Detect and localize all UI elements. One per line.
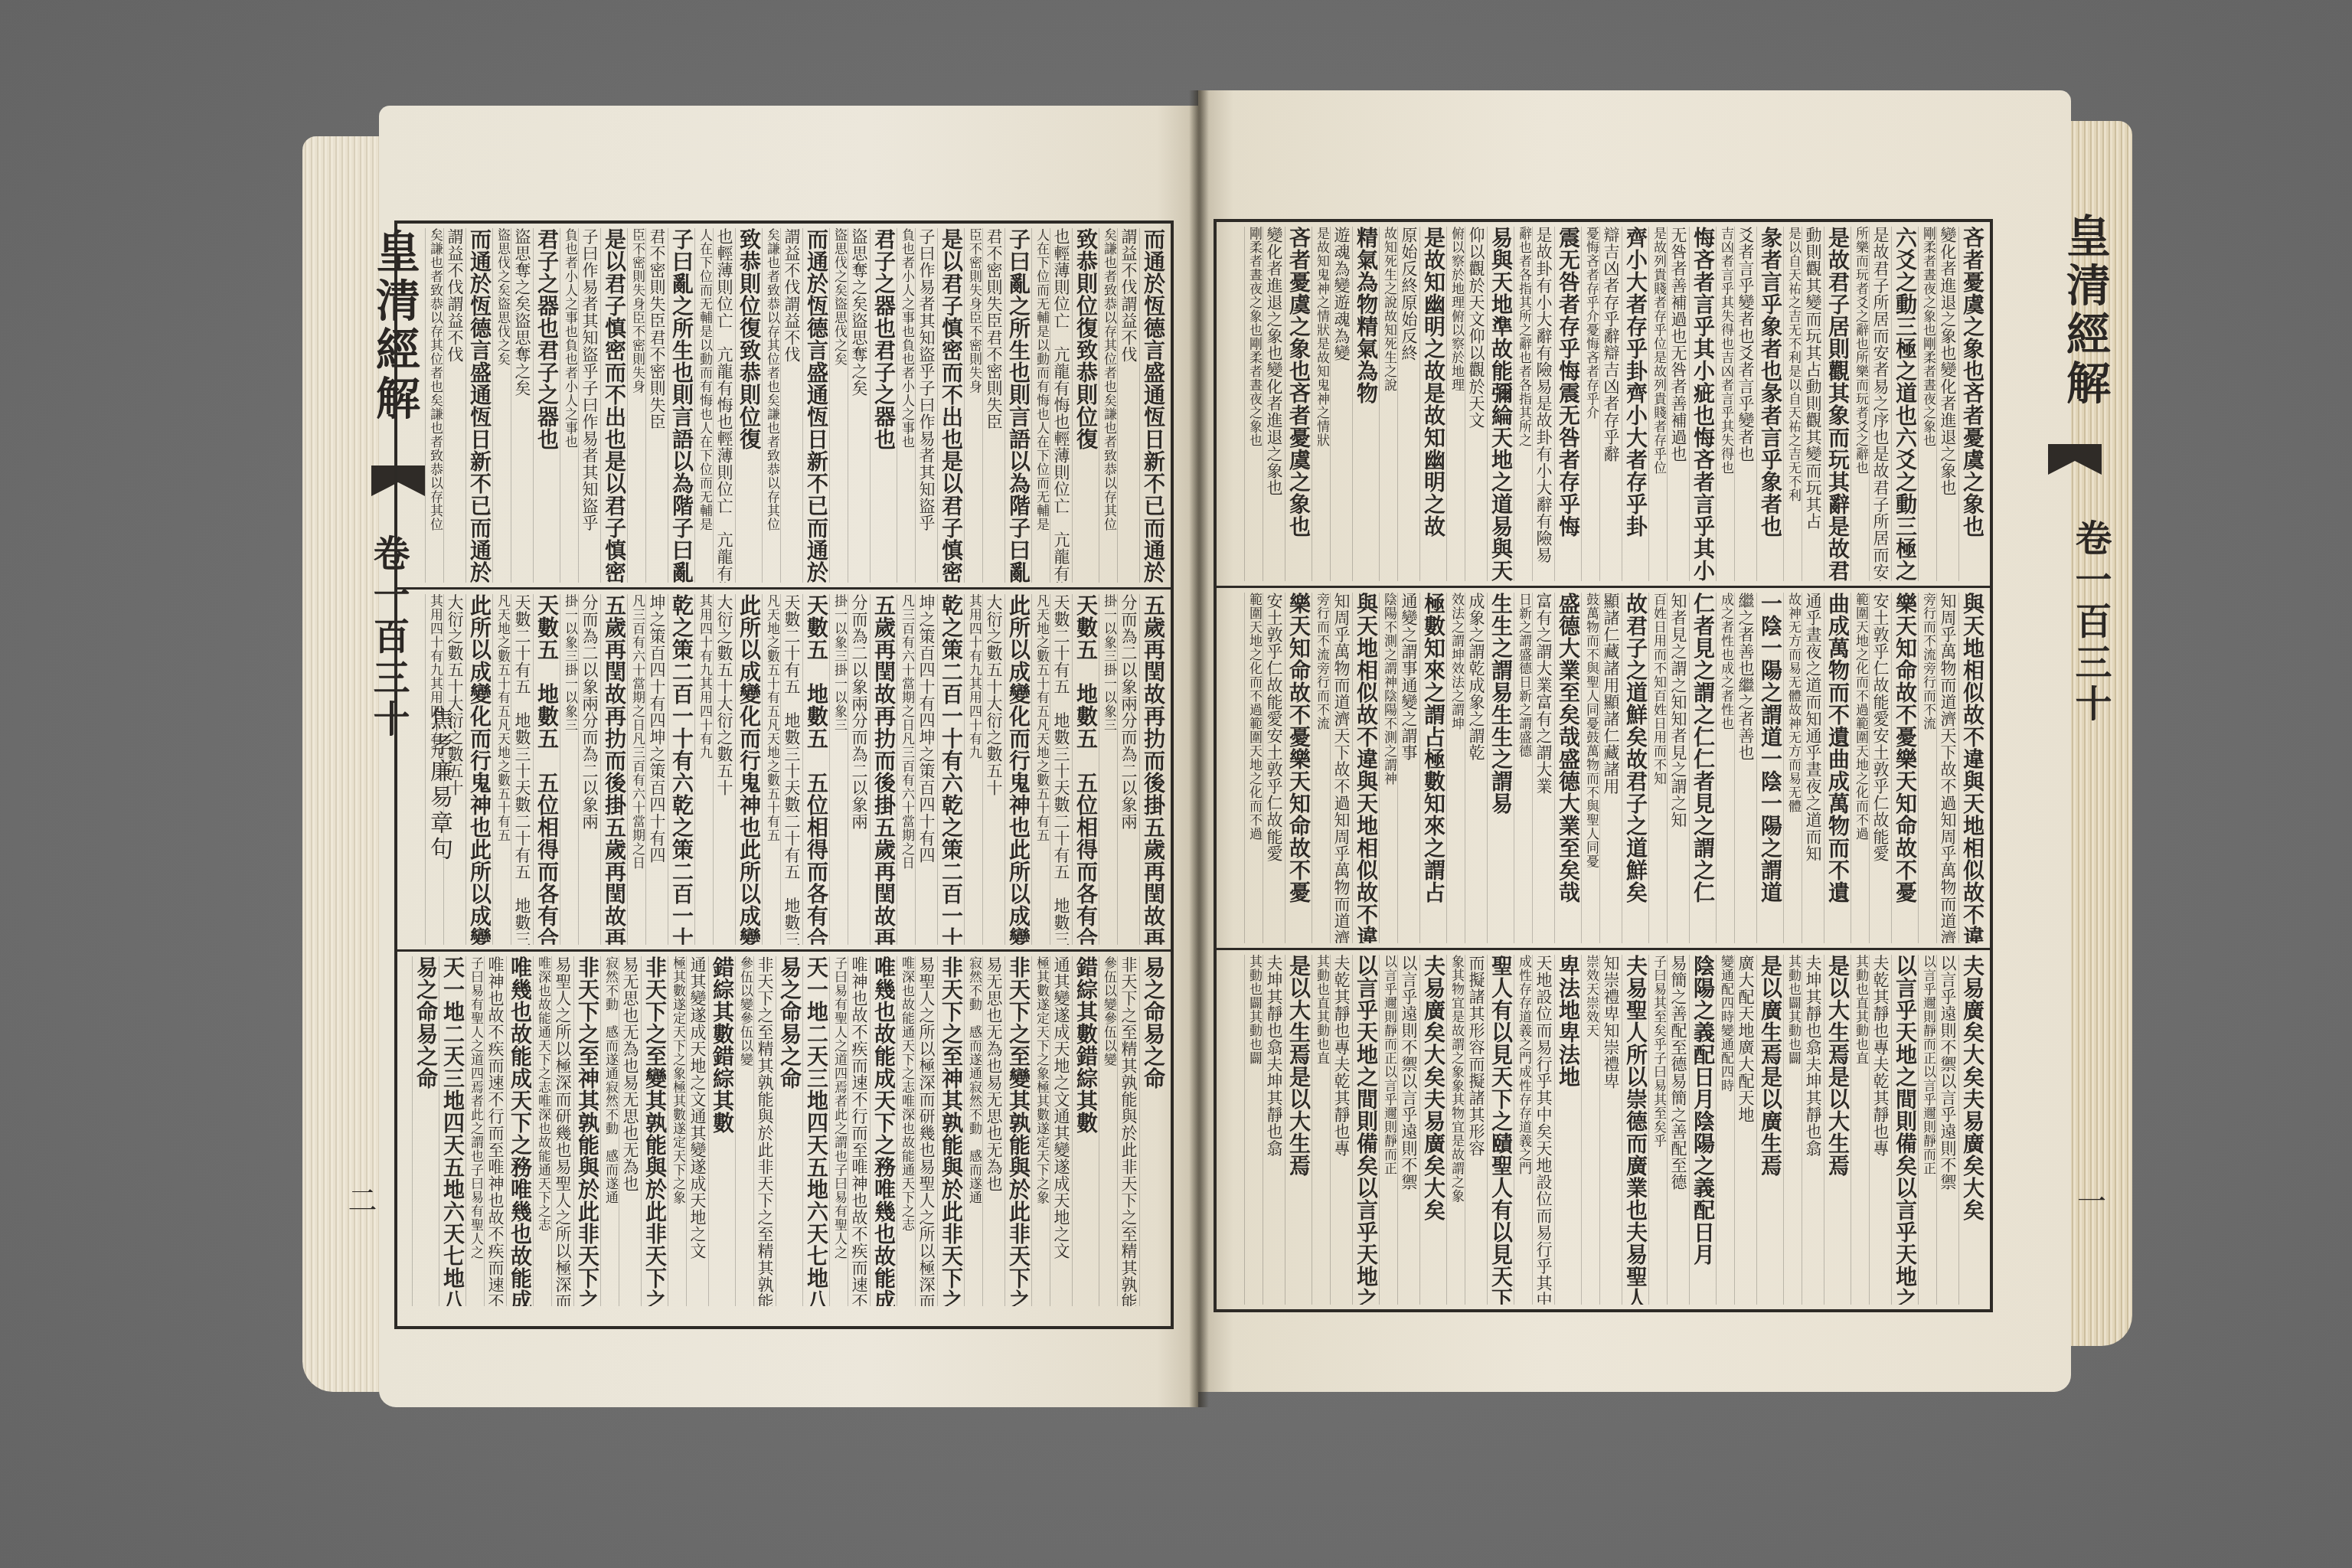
text-column: 大衍之數五十大衍之數五十 (713, 594, 735, 945)
text-column: 凡三百有六十當期之日凡三百有六十當期之日 (627, 594, 645, 945)
text-column: 非天下之至變其孰能與於此非天下之至變其孰能與 (641, 956, 668, 1306)
text-column: 矣謙也者致恭以存其位者也矣謙也者致恭以存其位 (425, 228, 443, 583)
text-column: 其用四十有九其用四十有九 (964, 594, 982, 945)
text-column: 天數二十有五 地數三十天數二十有五 地數三十 (1050, 594, 1072, 945)
text-column: 其動也闢其動也闢 (1244, 955, 1263, 1305)
text-columns: 而通於恆德言盛通恆日新不已而通於恆德言盛通恆謂益不伐謂益不伐矣謙也者致恭以存其位… (402, 228, 1166, 583)
text-column: 盜思奪之矣盜思奪之矣 (848, 228, 870, 583)
text-column: 吉凶者言乎其失得也吉凶者言乎其失得也 (1716, 227, 1734, 581)
text-column: 非天下之至神其孰能與於此非天下之至神其孰能與 (937, 956, 964, 1306)
text-column: 致恭則位復致恭則位復 (735, 228, 762, 583)
text-column: 極其數遂定天下之象極其數遂定天下之象 (668, 956, 686, 1306)
text-column: 掛一以象三掛一以象三 (1099, 594, 1117, 945)
text-column: 夫坤其靜也翕夫坤其靜也翕 (1263, 955, 1285, 1305)
text-column: 易聖人之所以極深而研幾也易聖人之所以極深而研 (915, 956, 937, 1306)
text-column: 以言乎天地之間則備矣以言乎天地之間則備矣 (1891, 955, 1918, 1305)
text-column: 是故君子所居而安者易之序也是故君子所居而安者 (1869, 227, 1891, 581)
text-column: 知周乎萬物而道濟天下故不過知周乎萬物而道濟天 (1936, 593, 1958, 943)
text-column: 憂悔吝者存乎介憂悔吝者存乎介 (1581, 227, 1599, 581)
text-columns: 吝者憂虞之象也吝者憂虞之象也變化者進退之象也變化者進退之象也剛柔者晝夜之象也剛柔… (1221, 227, 1985, 581)
text-column: 子曰易其至矣乎子曰易其至矣乎 (1648, 955, 1667, 1305)
text-column: 臣不密則失身臣不密則失身 (964, 228, 982, 583)
text-column: 知者見之謂之知知者見之謂之知 (1667, 593, 1689, 943)
text-column: 辯吉凶者存乎辭辯吉凶者存乎辭 (1599, 227, 1622, 581)
text-column: 變化者進退之象也變化者進退之象也 (1936, 227, 1958, 581)
text-column: 顯諸仁藏諸用顯諸仁藏諸用 (1599, 593, 1622, 943)
text-column: 範圍天地之化而不過範圍天地之化而不過 (1244, 593, 1263, 943)
text-column: 以言乎邇則靜而正以言乎邇則靜而正 (1918, 955, 1936, 1305)
text-column: 五歲再閏故再扐而後掛五歲再閏故再扐而後掛 (870, 594, 897, 945)
text-column: 子曰亂之所生也則言語以為階子曰亂之所生也則言 (668, 228, 694, 583)
text-column: 是故知幽明之故是故知幽明之故 (1419, 227, 1446, 581)
text-column: 乾之策二百一十有六乾之策二百一十有六 (937, 594, 964, 945)
register-middle: 與天地相似故不違與天地相似故不違知周乎萬物而道濟天下故不過知周乎萬物而道濟天旁行… (1217, 588, 1990, 950)
text-column: 震无咎者存乎悔震无咎者存乎悔 (1554, 227, 1581, 581)
text-column: 君子之器也君子之器也 (870, 228, 897, 583)
text-column: 唯神也故不疾而速不行而至唯神也故不疾而速不行 (848, 956, 870, 1306)
text-column: 分而為二以象兩分而為二以象兩 (1117, 594, 1139, 945)
text-column: 五歲再閏故再扐而後掛五歲再閏故再扐而後掛 (1139, 594, 1166, 945)
right-volume-label: 卷一百三十 (2064, 519, 2117, 726)
text-column: 唯深也故能通天下之志唯深也故能通天下之志 (533, 956, 551, 1306)
text-column: 以言乎遠則不禦以言乎遠則不禦 (1397, 955, 1419, 1305)
text-column: 俯以察於地理俯以察於地理 (1446, 227, 1465, 581)
text-column: 子曰作易者其知盜乎子曰作易者其知盜乎 (915, 228, 937, 583)
text-columns: 夫易廣矣大矣夫易廣矣大矣以言乎遠則不禦以言乎遠則不禦以言乎邇則靜而正以言乎邇則靜… (1221, 955, 1985, 1305)
text-column: 是以大生焉是以大生焉 (1285, 955, 1312, 1305)
text-column: 陰陽不測之謂神陰陽不測之謂神 (1379, 593, 1397, 943)
text-column: 是故列貴賤者存乎位是故列貴賤者存乎位 (1648, 227, 1667, 581)
text-column: 分而為二以象兩分而為二以象兩 (578, 594, 600, 945)
text-column: 極數知來之謂占極數知來之謂占 (1419, 593, 1446, 943)
text-column: 掛一以象三掛一以象三 (560, 594, 578, 945)
text-column: 大衍之數五十大衍之數五十 (982, 594, 1004, 945)
printed-frame: 吝者憂虞之象也吝者憂虞之象也變化者進退之象也變化者進退之象也剛柔者晝夜之象也剛柔… (1214, 219, 1993, 1312)
text-column: 天數二十有五 地數三十天數二十有五 地數三十 (511, 594, 533, 945)
text-column: 凡天地之數五十有五凡天地之數五十有五 (492, 594, 511, 945)
text-column: 是以君子慎密而不出也是以君子慎密而不出也 (937, 228, 964, 583)
text-column: 而通於恆德言盛通恆日新不已而通於恆德言盛通恆 (802, 228, 829, 583)
text-column: 富有之謂大業富有之謂大業 (1532, 593, 1554, 943)
text-column: 君子之器也君子之器也 (533, 228, 560, 583)
text-column: 其動也直其動也直 (1312, 955, 1330, 1305)
text-column: 樂天知命故不憂樂天知命故不憂 (1891, 593, 1918, 943)
text-column: 故神无方而易无體故神无方而易无體 (1783, 593, 1802, 943)
text-column: 變化者進退之象也變化者進退之象也 (1263, 227, 1285, 581)
text-column: 錯綜其數錯綜其數 (1072, 956, 1099, 1306)
volume-text: 卷一百三十 (2069, 519, 2112, 726)
text-column: 子曰亂之所生也則言語以為階子曰亂之所生也則言 (1004, 228, 1031, 583)
text-column: 通其變遂成天地之文通其變遂成天地之文 (1050, 956, 1072, 1306)
title-text: 皇清經解 (2059, 213, 2111, 409)
text-column: 此所以成變化而行鬼神也此所以成變化而行鬼神也 (1004, 594, 1031, 945)
text-column: 曲成萬物而不遺曲成萬物而不遺 (1824, 593, 1851, 943)
text-column: 日新之謂盛德日新之謂盛德 (1514, 593, 1532, 943)
left-page: 皇清經解 卷一百三十 焦孝廉易章句 二 而通於恆德言盛通恆日新不已而通於恆德言盛… (379, 106, 1198, 1407)
text-column: 故君子之道鮮矣故君子之道鮮矣 (1622, 593, 1648, 943)
text-column: 剛柔者晝夜之象也剛柔者晝夜之象也 (1244, 227, 1263, 581)
text-column: 其用四十有九其用四十有九 (694, 594, 713, 945)
text-column: 樂天知命故不憂樂天知命故不憂 (1285, 593, 1312, 943)
text-column: 易簡之善配至德易簡之善配至德 (1667, 955, 1689, 1305)
folio-number: 二 (339, 1185, 381, 1214)
text-column: 矣謙也者致恭以存其位者也矣謙也者致恭以存其位 (1099, 228, 1117, 583)
text-column: 彖者言乎象者也彖者言乎象者也 (1756, 227, 1783, 581)
text-column: 百姓日用而不知百姓日用而不知 (1648, 593, 1667, 943)
text-column: 子曰作易者其知盜乎子曰作易者其知盜乎 (578, 228, 600, 583)
text-column: 悔吝者言乎其小疵也悔吝者言乎其小疵也 (1689, 227, 1716, 581)
text-column: 唯幾也故能成天下之務唯幾也故能成天下之務 (870, 956, 897, 1306)
text-column: 天數五 地數五 五位相得而各有合天數五 地數 (533, 594, 560, 945)
text-column: 象其物宜是故謂之象象其物宜是故謂之象 (1446, 955, 1465, 1305)
text-column: 易與天地準故能彌綸天地之道易與天地準故能彌綸 (1487, 227, 1514, 581)
text-column: 是故知鬼神之情狀是故知鬼神之情狀 (1312, 227, 1330, 581)
text-column: 盜思伐之矣盜思伐之矣 (829, 228, 848, 583)
text-column: 錯綜其數錯綜其數 (708, 956, 735, 1306)
text-column: 精氣為物精氣為物 (1352, 227, 1379, 581)
text-column: 君不密則失臣君不密則失臣 (645, 228, 668, 583)
text-column: 人在下位而无輔是以動而有悔也人在下位而无輔是 (694, 228, 713, 583)
text-column: 是以自天祐之吉无不利是以自天祐之吉无不利 (1783, 227, 1802, 581)
text-column: 天數五 地數五 五位相得而各有合天數五 地數 (1072, 594, 1099, 945)
text-column: 易之命易之命 (776, 956, 802, 1306)
text-column: 是以君子慎密而不出也是以君子慎密而不出也 (600, 228, 627, 583)
text-column: 成性存存道義之門成性存存道義之門 (1514, 955, 1532, 1305)
register-middle: 五歲再閏故再扐而後掛五歲再閏故再扐而後掛分而為二以象兩分而為二以象兩掛一以象三掛… (397, 590, 1171, 952)
text-column: 遊魂為變遊魂為變 (1330, 227, 1352, 581)
text-column: 寂然不動 感而遂通寂然不動 感而遂通 (600, 956, 619, 1306)
text-column: 參伍以變參伍以變 (1099, 956, 1117, 1306)
text-column: 盜思奪之矣盜思奪之矣 (511, 228, 533, 583)
text-column: 陰陽之義配日月陰陽之義配日月 (1689, 955, 1716, 1305)
text-column: 凡天地之數五十有五凡天地之數五十有五 (762, 594, 780, 945)
text-column: 天數二十有五 地數三十天數二十有五 地數三十 (780, 594, 802, 945)
text-column: 旁行而不流旁行而不流 (1918, 593, 1936, 943)
text-columns: 與天地相似故不違與天地相似故不違知周乎萬物而道濟天下故不過知周乎萬物而道濟天旁行… (1221, 593, 1985, 943)
register-upper: 吝者憂虞之象也吝者憂虞之象也變化者進退之象也變化者進退之象也剛柔者晝夜之象也剛柔… (1217, 222, 1990, 588)
text-column: 夫乾其靜也專夫乾其靜也專 (1869, 955, 1891, 1305)
text-column: 而通於恆德言盛通恆日新不已而通於恆德言盛通恆 (1139, 228, 1166, 583)
text-column: 謂益不伐謂益不伐 (443, 228, 465, 583)
text-column: 吝者憂虞之象也吝者憂虞之象也 (1285, 227, 1312, 581)
text-column: 分而為二以象兩分而為二以象兩 (848, 594, 870, 945)
text-column: 範圍天地之化而不過範圍天地之化而不過 (1851, 593, 1869, 943)
text-column: 爻者言乎變者也爻者言乎變者也 (1734, 227, 1756, 581)
text-column: 聖人有以見天下之賾聖人有以見天下之賾 (1487, 955, 1514, 1305)
text-column: 安土敦乎仁故能愛安土敦乎仁故能愛 (1263, 593, 1285, 943)
text-column: 以言乎邇則靜而正以言乎邇則靜而正 (1379, 955, 1397, 1305)
text-column: 坤之策百四十有四坤之策百四十有四 (915, 594, 937, 945)
text-column: 易之命易之命 (412, 956, 439, 1306)
text-column: 也輕薄則位亡 亢龍有悔也輕薄則位亡 亢龍有悔 (1050, 228, 1072, 583)
text-column: 仰以觀於天文仰以觀於天文 (1465, 227, 1487, 581)
text-column: 與天地相似故不違與天地相似故不違 (1958, 593, 1985, 943)
folio-number: 一 (2077, 1178, 2106, 1220)
text-column: 故知死生之說故知死生之說 (1379, 227, 1397, 581)
text-column: 通變之謂事通變之謂事 (1397, 593, 1419, 943)
text-column: 天一地二天三地四天五地六天七地八天九地十天一 (439, 956, 465, 1306)
text-column: 唯幾也故能成天下之務唯幾也故能成天下之務 (506, 956, 533, 1306)
text-column: 天地設位而易行乎其中矣天地設位而易行乎其中矣 (1532, 955, 1554, 1305)
text-column: 盛德大業至矣哉盛德大業至矣哉 (1554, 593, 1581, 943)
text-column: 原始反終原始反終 (1397, 227, 1419, 581)
text-column: 人在下位而无輔是以動而有悔也人在下位而无輔是 (1031, 228, 1050, 583)
right-fore-edge-title: 皇清經解 (2053, 213, 2117, 409)
text-column: 其動也闢其動也闢 (1783, 955, 1802, 1305)
right-page: 皇清經解 卷一百三十 一 吝者憂虞之象也吝者憂虞之象也變化者進退之象也變化者進退… (1198, 90, 2071, 1392)
text-column: 知周乎萬物而道濟天下故不過知周乎萬物而道濟天 (1330, 593, 1352, 943)
text-column: 崇效天崇效天 (1581, 955, 1599, 1305)
text-column: 旁行而不流旁行而不流 (1312, 593, 1330, 943)
text-column: 是以大生焉是以大生焉 (1824, 955, 1851, 1305)
text-column: 知崇禮卑知崇禮卑 (1599, 955, 1622, 1305)
text-column: 大衍之數五十大衍之數五十 (443, 594, 465, 945)
text-column: 君不密則失臣君不密則失臣 (982, 228, 1004, 583)
text-column: 臣不密則失身臣不密則失身 (627, 228, 645, 583)
text-column: 是以廣生焉是以廣生焉 (1756, 955, 1783, 1305)
printed-frame: 而通於恆德言盛通恆日新不已而通於恆德言盛通恆謂益不伐謂益不伐矣謙也者致恭以存其位… (394, 220, 1174, 1329)
text-column: 凡三百有六十當期之日凡三百有六十當期之日 (897, 594, 915, 945)
text-column: 易聖人之所以極深而研幾也易聖人之所以極深而研 (551, 956, 573, 1306)
text-column: 非天下之至精其孰能與於此非天下之至精其孰能與 (753, 956, 776, 1306)
text-column: 矣謙也者致恭以存其位者也矣謙也者致恭以存其位 (762, 228, 780, 583)
text-column: 是故卦有小大辭有險易是故卦有小大辭有險易 (1532, 227, 1554, 581)
text-column: 五歲再閏故再扐而後掛五歲再閏故再扐而後掛 (600, 594, 627, 945)
text-column: 謂益不伐謂益不伐 (780, 228, 802, 583)
text-column: 易之命易之命 (1139, 956, 1166, 1306)
text-column: 非天下之至精其孰能與於此非天下之至精其孰能與 (1117, 956, 1139, 1306)
text-column: 此所以成變化而行鬼神也此所以成變化而行鬼神也 (735, 594, 762, 945)
register-upper: 而通於恆德言盛通恆日新不已而通於恆德言盛通恆謂益不伐謂益不伐矣謙也者致恭以存其位… (397, 224, 1171, 590)
text-column: 辭也者各指其所之辭也者各指其所之 (1514, 227, 1532, 581)
text-column: 也輕薄則位亡 亢龍有悔也輕薄則位亡 亢龍有悔 (713, 228, 735, 583)
text-column: 六爻之動三極之道也六爻之動三極之道也 (1891, 227, 1918, 581)
register-lower: 夫易廣矣大矣夫易廣矣大矣以言乎遠則不禦以言乎遠則不禦以言乎邇則靜而正以言乎邇則靜… (1217, 950, 1990, 1309)
open-book: 皇清經解 卷一百三十 焦孝廉易章句 二 而通於恆德言盛通恆日新不已而通於恆德言盛… (302, 60, 2132, 1560)
text-column: 謂益不伐謂益不伐 (1117, 228, 1139, 583)
text-column: 子曰易有聖人之道四焉者此之謂也子曰易有聖人之 (829, 956, 848, 1306)
text-column: 易无思也无為也易无思也无為也 (982, 956, 1004, 1306)
text-column: 效法之謂坤效法之謂坤 (1446, 593, 1465, 943)
text-column: 與天地相似故不違與天地相似故不違 (1352, 593, 1379, 943)
text-column: 卑法地卑法地 (1554, 955, 1581, 1305)
text-column: 坤之策百四十有四坤之策百四十有四 (645, 594, 668, 945)
text-column: 廣大配天地廣大配天地 (1734, 955, 1756, 1305)
text-column: 是故君子居則觀其象而玩其辭是故君子居則觀其象 (1824, 227, 1851, 581)
text-column: 動則觀其變而玩其占動則觀其變而玩其占 (1802, 227, 1824, 581)
text-column: 成象之謂乾成象之謂乾 (1465, 593, 1487, 943)
text-column: 而通於恆德言盛通恆日新不已而通於恆德言盛通恆 (465, 228, 492, 583)
text-column: 掛一以象三掛一以象三 (829, 594, 848, 945)
text-column: 其用四十有九其用四十有九 (425, 594, 443, 945)
text-column: 剛柔者晝夜之象也剛柔者晝夜之象也 (1918, 227, 1936, 581)
text-column: 負也者小人之事也負也者小人之事也 (897, 228, 915, 583)
text-column: 此所以成變化而行鬼神也此所以成變化而行鬼神也 (465, 594, 492, 945)
text-column: 唯深也故能通天下之志唯深也故能通天下之志 (897, 956, 915, 1306)
text-columns: 易之命易之命非天下之至精其孰能與於此非天下之至精其孰能與參伍以變參伍以變錯綜其數… (402, 956, 1166, 1306)
text-column: 安土敦乎仁故能愛安土敦乎仁故能愛 (1869, 593, 1891, 943)
text-column: 負也者小人之事也負也者小人之事也 (560, 228, 578, 583)
text-column: 子曰易有聖人之道四焉者此之謂也子曰易有聖人之 (465, 956, 484, 1306)
text-column: 變通配四時變通配四時 (1716, 955, 1734, 1305)
register-lower: 易之命易之命非天下之至精其孰能與於此非天下之至精其孰能與參伍以變參伍以變錯綜其數… (397, 952, 1171, 1311)
text-column: 易无思也无為也易无思也无為也 (619, 956, 641, 1306)
text-column: 以言乎天地之間則備矣以言乎天地之間則備矣 (1352, 955, 1379, 1305)
text-column: 通乎晝夜之道而知通乎晝夜之道而知 (1802, 593, 1824, 943)
text-column: 天一地二天三地四天五地六天七地八天九地十天一 (802, 956, 829, 1306)
text-column: 夫易廣矣大矣夫易廣矣大矣 (1419, 955, 1446, 1305)
text-column: 无咎者善補過也无咎者善補過也 (1667, 227, 1689, 581)
text-column: 凡天地之數五十有五凡天地之數五十有五 (1031, 594, 1050, 945)
text-column: 一陰一陽之謂道一陰一陽之謂道 (1756, 593, 1783, 943)
text-column: 非天下之至神其孰能與於此非天下之至神其孰能與 (573, 956, 600, 1306)
text-column: 極其數遂定天下之象極其數遂定天下之象 (1031, 956, 1050, 1306)
text-column: 繼之者善也繼之者善也 (1734, 593, 1756, 943)
text-column: 其動也直其動也直 (1851, 955, 1869, 1305)
text-column: 乾之策二百一十有六乾之策二百一十有六 (668, 594, 694, 945)
text-column: 生生之謂易生生之謂易 (1487, 593, 1514, 943)
text-column: 天數五 地數五 五位相得而各有合天數五 地數 (802, 594, 829, 945)
text-column: 以言乎遠則不禦以言乎遠則不禦 (1936, 955, 1958, 1305)
text-column: 夫易廣矣大矣夫易廣矣大矣 (1958, 955, 1985, 1305)
text-column: 鼓萬物而不與聖人同憂鼓萬物而不與聖人同憂 (1581, 593, 1599, 943)
text-column: 夫乾其靜也專夫乾其靜也專 (1330, 955, 1352, 1305)
text-column: 通其變遂成天地之文通其變遂成天地之文 (686, 956, 708, 1306)
text-column: 所樂而玩者爻之辭也所樂而玩者爻之辭也 (1851, 227, 1869, 581)
book-gutter (1189, 90, 1209, 1407)
text-column: 寂然不動 感而遂通寂然不動 感而遂通 (964, 956, 982, 1306)
text-column: 而擬諸其形容而擬諸其形容 (1465, 955, 1487, 1305)
text-column: 齊小大者存乎卦齊小大者存乎卦 (1622, 227, 1648, 581)
text-column: 仁者見之謂之仁仁者見之謂之仁 (1689, 593, 1716, 943)
text-column: 成之者性也成之者性也 (1716, 593, 1734, 943)
text-column: 夫易聖人所以崇德而廣業也夫易聖人所以崇德而廣 (1622, 955, 1648, 1305)
text-column: 吝者憂虞之象也吝者憂虞之象也 (1958, 227, 1985, 581)
text-column: 非天下之至變其孰能與於此非天下之至變其孰能與 (1004, 956, 1031, 1306)
text-column: 唯神也故不疾而速不行而至唯神也故不疾而速不行 (484, 956, 506, 1306)
text-column: 參伍以變參伍以變 (735, 956, 753, 1306)
text-column: 致恭則位復致恭則位復 (1072, 228, 1099, 583)
text-column: 夫坤其靜也翕夫坤其靜也翕 (1802, 955, 1824, 1305)
text-column: 盜思伐之矣盜思伐之矣 (492, 228, 511, 583)
text-columns: 五歲再閏故再扐而後掛五歲再閏故再扐而後掛分而為二以象兩分而為二以象兩掛一以象三掛… (402, 594, 1166, 945)
